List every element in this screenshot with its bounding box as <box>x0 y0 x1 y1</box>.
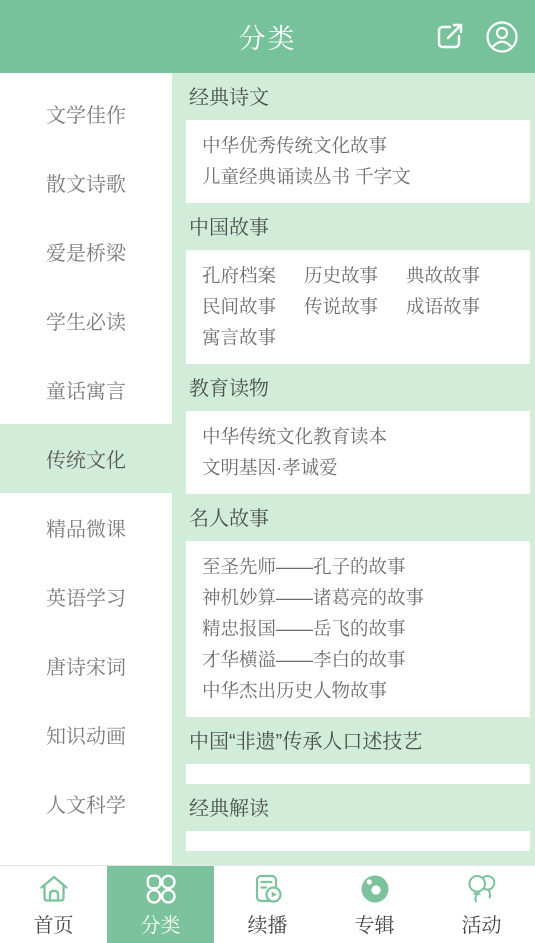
section-title: 中国故事 <box>172 203 535 250</box>
section-title: 经典解读 <box>172 784 535 831</box>
tab-label: 分类 <box>141 909 181 938</box>
sidebar-item-8[interactable]: 唐诗宋词 <box>0 631 172 700</box>
sidebar-item-label: 学生必读 <box>46 306 126 335</box>
activity-icon <box>464 871 500 907</box>
card-row: 精忠报国——岳飞的故事 <box>202 613 530 644</box>
card-row: 寓言故事 <box>202 322 530 353</box>
section-card: 至圣先师——孔子的故事神机妙算——诸葛亮的故事精忠报国——岳飞的故事才华横溢——… <box>186 541 530 717</box>
sidebar: 文学佳作散文诗歌爱是桥梁学生必读童话寓言传统文化精品微课英语学习唐诗宋词知识动画… <box>0 73 172 865</box>
content: 经典诗文中华优秀传统文化故事儿童经典诵读丛书 千字文中国故事孔府档案历史故事典故… <box>172 73 535 865</box>
card-row: 中华杰出历史人物故事 <box>202 675 530 706</box>
tab-label: 续播 <box>248 909 288 938</box>
section-card: 孔府档案历史故事典故故事民间故事传说故事成语故事寓言故事 <box>186 250 530 364</box>
section-card: 中华传统文化教育读本文明基因·孝诚爱 <box>186 411 530 494</box>
sidebar-item-label: 童话寓言 <box>46 375 126 404</box>
card-row: 民间故事传说故事成语故事 <box>202 291 530 322</box>
share-icon[interactable] <box>431 19 467 55</box>
sidebar-item-2[interactable]: 爱是桥梁 <box>0 217 172 286</box>
profile-icon[interactable] <box>482 17 522 57</box>
category-icon <box>143 871 179 907</box>
section-title: 经典诗文 <box>172 73 535 120</box>
sidebar-item-7[interactable]: 英语学习 <box>0 562 172 631</box>
catalog-link[interactable]: 中华优秀传统文化故事 <box>202 130 387 161</box>
tab-home[interactable]: 首页 <box>0 866 107 943</box>
catalog-link[interactable]: 儿童经典诵读丛书 千字文 <box>202 161 411 192</box>
sidebar-item-label: 文学佳作 <box>46 99 126 128</box>
app-window: 分类 文学佳作散文诗歌爱是桥梁学生必读童话寓言传统文化精品微课英语学习唐诗宋词知… <box>0 0 535 943</box>
catalog-link[interactable]: 孔府档案 <box>202 260 276 291</box>
sidebar-item-label: 散文诗歌 <box>46 168 126 197</box>
catalog-link[interactable]: 精忠报国——岳飞的故事 <box>202 613 406 644</box>
sidebar-item-9[interactable]: 知识动画 <box>0 700 172 769</box>
sidebar-item-10[interactable]: 人文科学 <box>0 769 172 838</box>
catalog-link[interactable]: 民间故事 <box>202 291 276 322</box>
catalog-link[interactable]: 神机妙算——诸葛亮的故事 <box>202 582 424 613</box>
catalog-link[interactable]: 文明基因·孝诚爱 <box>202 452 338 483</box>
main-area: 文学佳作散文诗歌爱是桥梁学生必读童话寓言传统文化精品微课英语学习唐诗宋词知识动画… <box>0 73 535 865</box>
catalog-link[interactable]: 历史故事 <box>304 260 378 291</box>
catalog-link[interactable]: 典故故事 <box>406 260 480 291</box>
sidebar-item-3[interactable]: 学生必读 <box>0 286 172 355</box>
app-header: 分类 <box>0 0 535 73</box>
catalog-link[interactable]: 成语故事 <box>406 291 480 322</box>
sidebar-item-label: 精品微课 <box>46 513 126 542</box>
sidebar-item-label: 唐诗宋词 <box>46 651 126 680</box>
sidebar-item-label: 英语学习 <box>46 582 126 611</box>
tab-activity[interactable]: 活动 <box>428 866 535 943</box>
sidebar-item-0[interactable]: 文学佳作 <box>0 79 172 148</box>
section-title: 名人故事 <box>172 494 535 541</box>
sidebar-item-4[interactable]: 童话寓言 <box>0 355 172 424</box>
tab-resume[interactable]: 续播 <box>214 866 321 943</box>
card-row: 文明基因·孝诚爱 <box>202 452 530 483</box>
card-row: 孔府档案历史故事典故故事 <box>202 260 530 291</box>
header-icons <box>431 0 522 73</box>
sidebar-item-label: 传统文化 <box>46 444 126 473</box>
section-title: 中国“非遗”传承人口述技艺 <box>172 717 535 764</box>
card-row: 神机妙算——诸葛亮的故事 <box>202 582 530 613</box>
catalog-link[interactable]: 传说故事 <box>304 291 378 322</box>
sidebar-item-5[interactable]: 传统文化 <box>0 424 172 493</box>
tabbar: 首页分类续播专辑活动 <box>0 865 535 943</box>
sidebar-item-6[interactable]: 精品微课 <box>0 493 172 562</box>
card-row: 中华传统文化教育读本 <box>202 421 530 452</box>
tab-category[interactable]: 分类 <box>107 866 214 943</box>
sidebar-item-label: 知识动画 <box>46 720 126 749</box>
album-icon <box>357 871 393 907</box>
catalog-link[interactable]: 寓言故事 <box>202 322 276 353</box>
card-row: 儿童经典诵读丛书 千字文 <box>202 161 530 192</box>
tab-album[interactable]: 专辑 <box>321 866 428 943</box>
catalog-link[interactable]: 中华杰出历史人物故事 <box>202 675 387 706</box>
card-row: 中华优秀传统文化故事 <box>202 130 530 161</box>
tab-label: 专辑 <box>355 909 395 938</box>
section-card: 中华优秀传统文化故事儿童经典诵读丛书 千字文 <box>186 120 530 203</box>
catalog-link[interactable]: 至圣先师——孔子的故事 <box>202 551 406 582</box>
page-title: 分类 <box>239 17 297 56</box>
card-row: 至圣先师——孔子的故事 <box>202 551 530 582</box>
catalog-link[interactable]: 才华横溢——李白的故事 <box>202 644 406 675</box>
home-icon <box>36 871 72 907</box>
tab-label: 首页 <box>34 909 74 938</box>
sidebar-item-1[interactable]: 散文诗歌 <box>0 148 172 217</box>
section-title: 教育读物 <box>172 364 535 411</box>
section-card <box>186 831 530 851</box>
card-row: 才华横溢——李白的故事 <box>202 644 530 675</box>
sidebar-item-label: 爱是桥梁 <box>46 237 126 266</box>
catalog-link[interactable]: 中华传统文化教育读本 <box>202 421 387 452</box>
sidebar-item-label: 人文科学 <box>46 789 126 818</box>
resume-icon <box>250 871 286 907</box>
tab-label: 活动 <box>462 909 502 938</box>
section-card <box>186 764 530 784</box>
